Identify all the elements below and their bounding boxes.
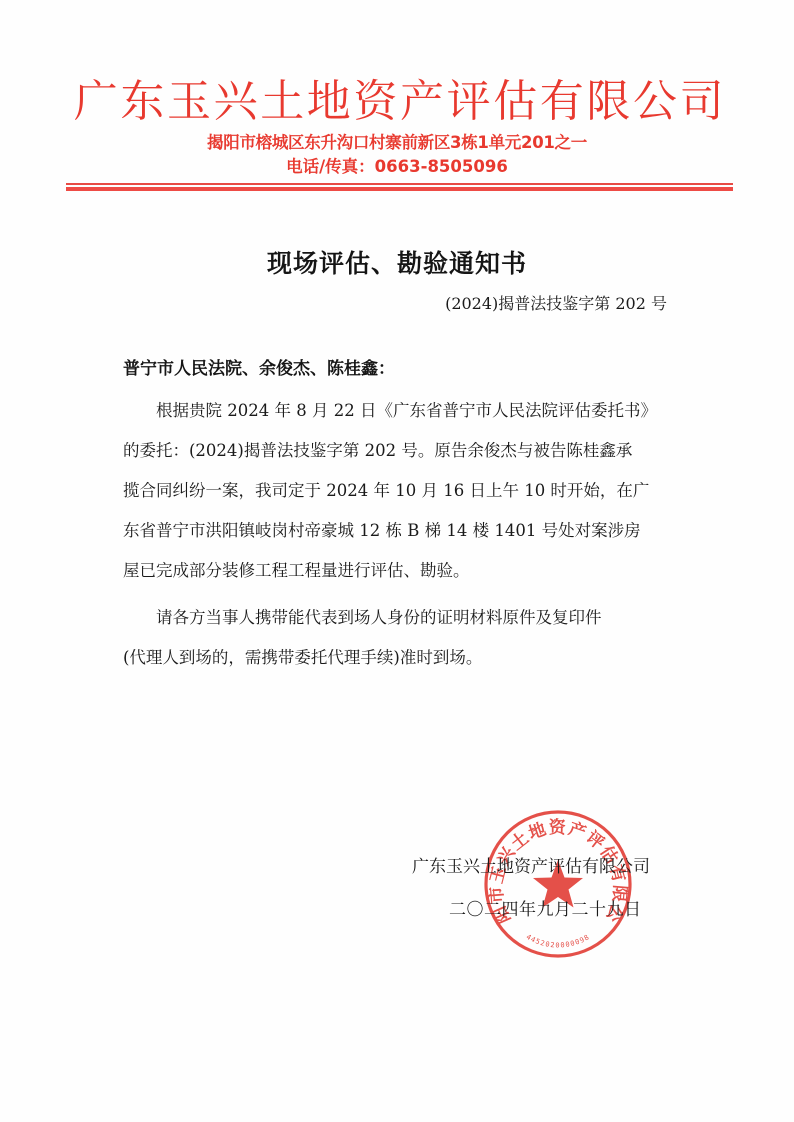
paragraph-line: 屋已完成部分装修工程工程量进行评估、勘验。 <box>123 558 470 584</box>
paragraph-line: 揽合同纠纷一案，我司定于 2024 年 10 月 16 日上午 10 时开始，在… <box>123 478 649 504</box>
paragraph-line: 东省普宁市洪阳镇岐岗村帝豪城 12 栋 B 梯 14 楼 1401 号处对案涉房 <box>123 518 641 544</box>
paragraph-line: (代理人到场的，需携带委托代理手续)准时到场。 <box>123 645 482 671</box>
paragraph-line: 请各方当事人携带能代表到场人身份的证明材料原件及复印件 <box>156 605 602 631</box>
signature-date: 二〇二四年九月二十九日 <box>449 897 642 923</box>
document-page: 广东玉兴土地资产评估有限公司 揭阳市榕城区东升沟口村寨前新区3栋1单元201之一… <box>0 0 794 1122</box>
letterhead-divider-thick <box>66 187 733 191</box>
paragraph-line: 根据贵院 2024 年 8 月 22 日《广东省普宁市人民法院评估委托书》 <box>156 398 657 424</box>
signature-company: 广东玉兴土地资产评估有限公司 <box>412 854 650 880</box>
svg-text:4452020000098: 4452020000098 <box>525 933 592 950</box>
paragraph-line: 的委托：(2024)揭普法技鉴字第 202 号。原告余俊杰与被告陈桂鑫承 <box>123 438 632 464</box>
company-seal-stamp: 揭阳市玉兴土地资产评估有限公司 4452020000098 <box>482 808 634 960</box>
document-number: (2024)揭普法技鉴字第 202 号 <box>445 292 667 316</box>
addressee: 普宁市人民法院、余俊杰、陈桂鑫： <box>123 356 395 382</box>
letterhead-divider-thin <box>66 183 733 185</box>
stamp-serial: 4452020000098 <box>525 933 592 950</box>
letterhead-phone: 电话/传真：0663-8505096 <box>0 156 794 178</box>
letterhead-address: 揭阳市榕城区东升沟口村寨前新区3栋1单元201之一 <box>0 132 794 154</box>
document-title: 现场评估、勘验通知书 <box>0 247 794 281</box>
letterhead-company-name: 广东玉兴土地资产评估有限公司 <box>66 74 734 130</box>
